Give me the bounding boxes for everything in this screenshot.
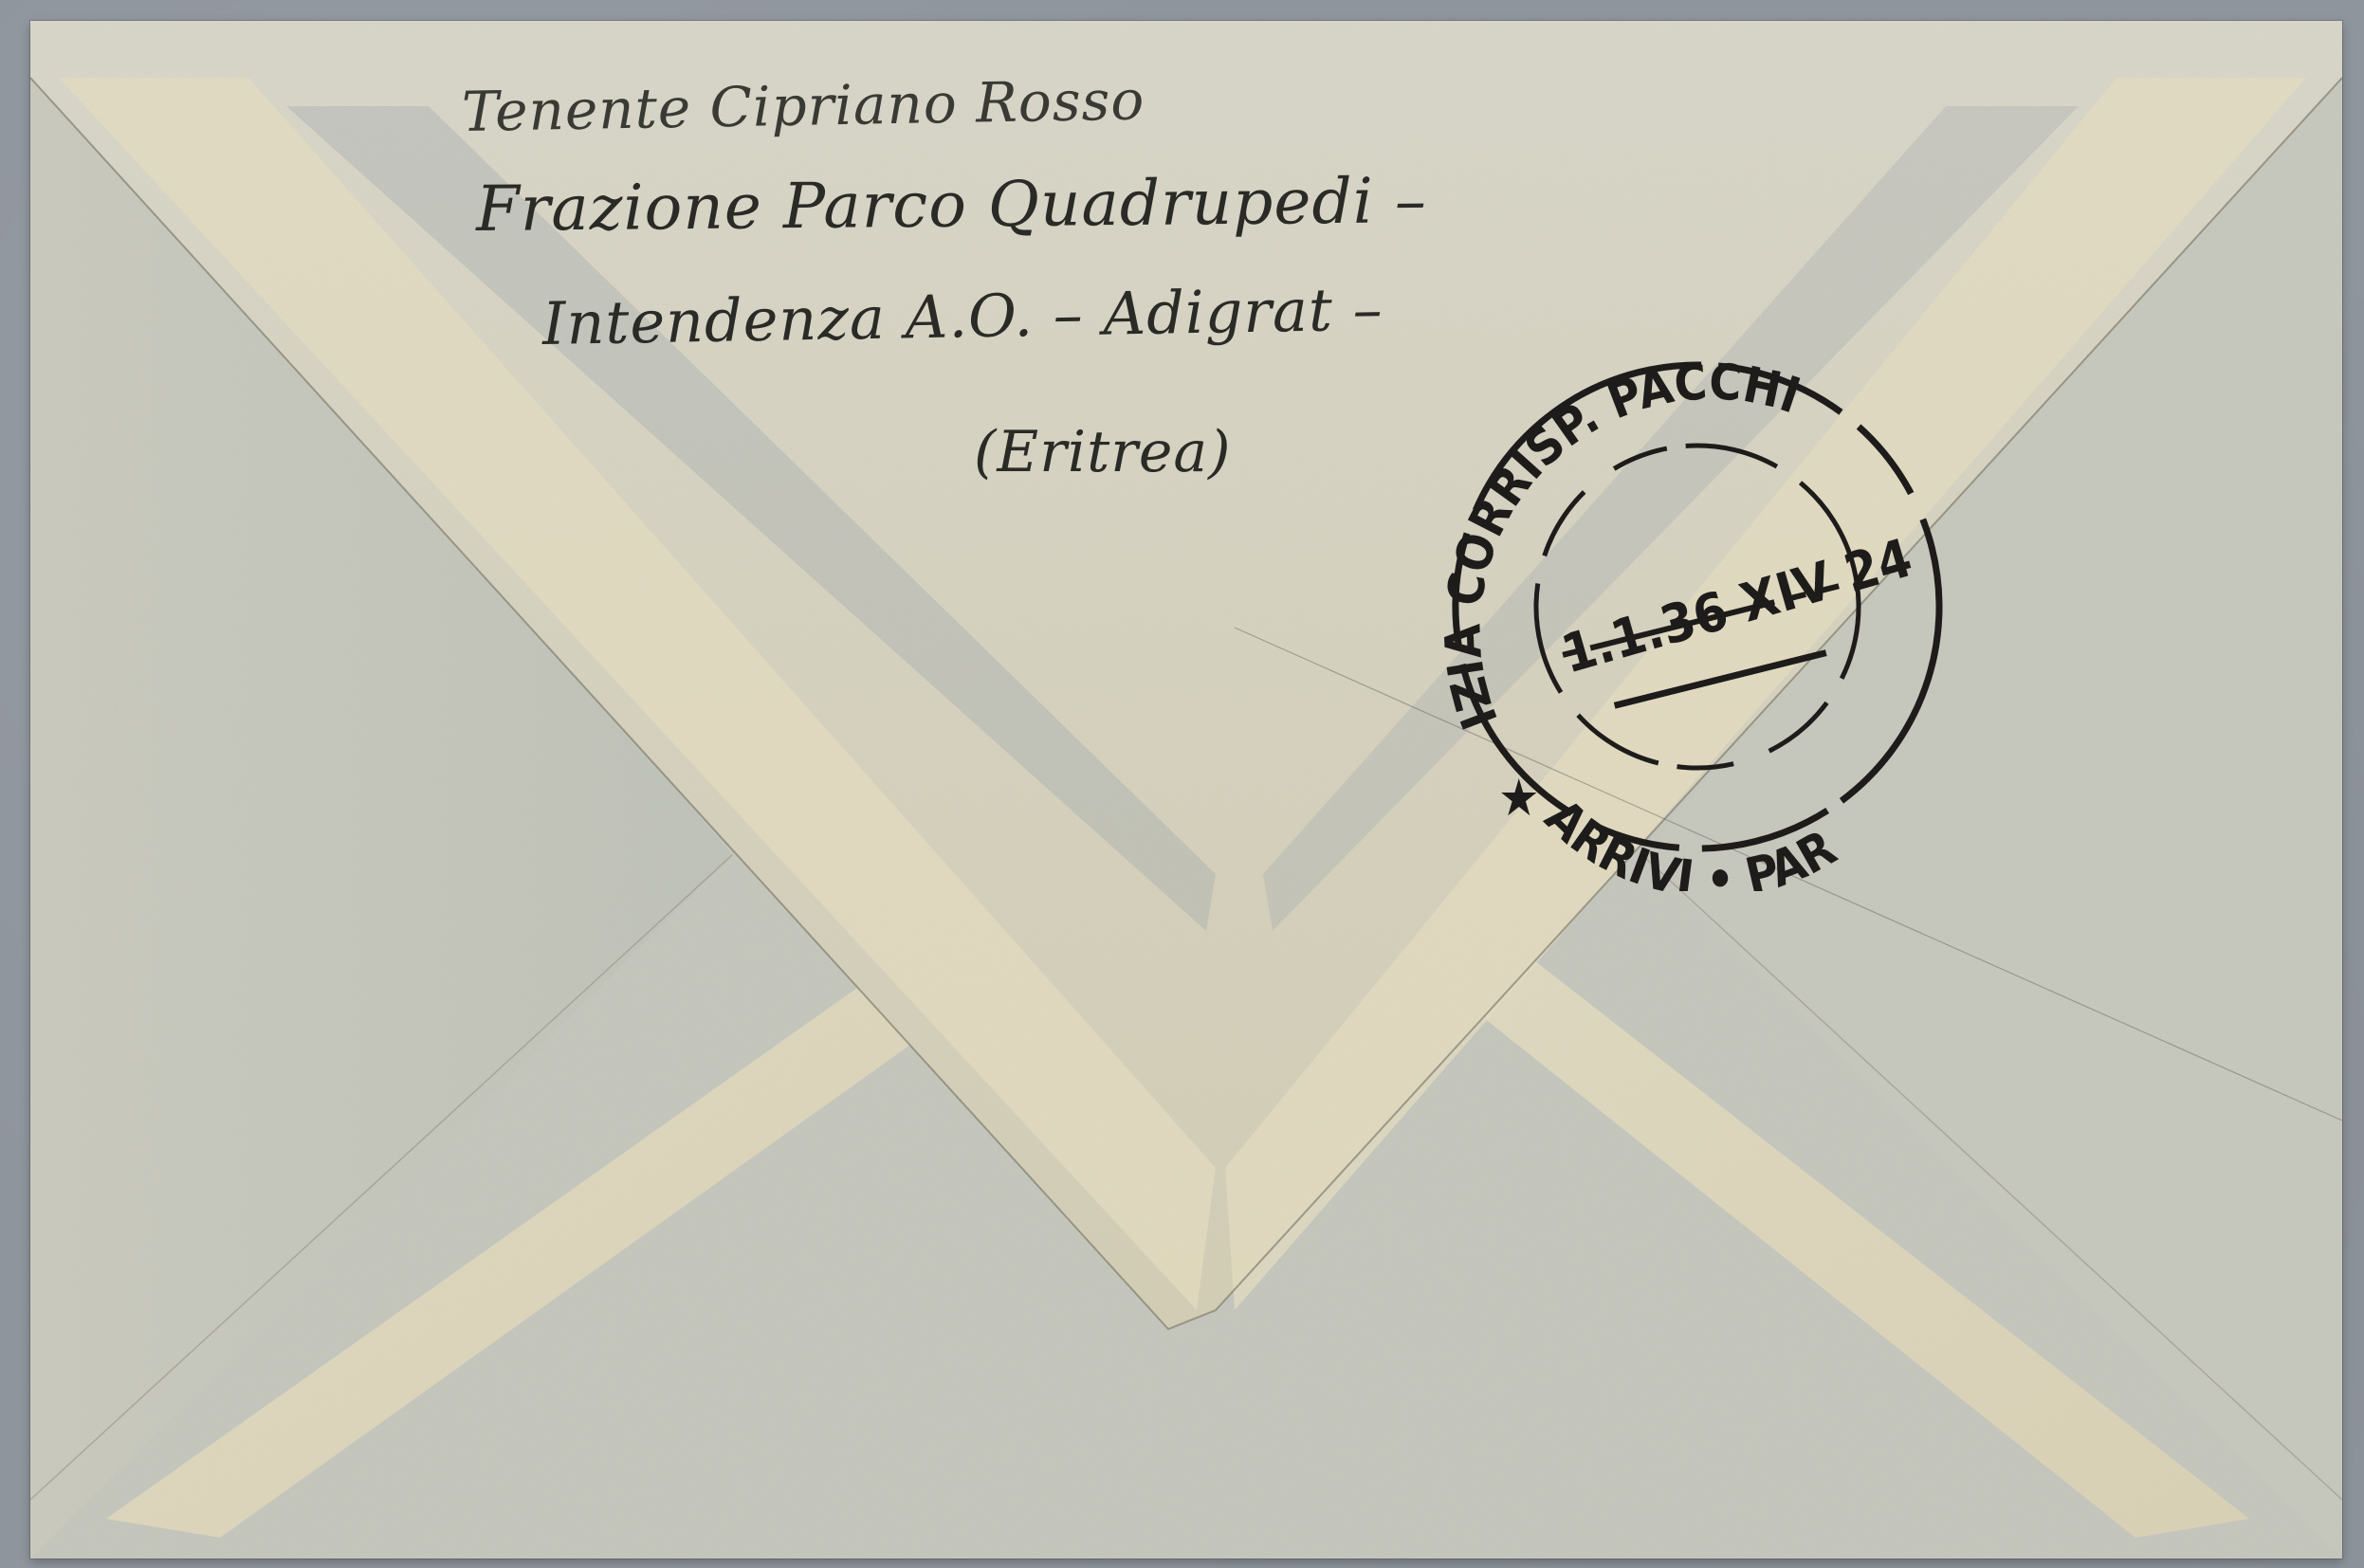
- sender-location: Intendenza A.O. – Adigrat –: [541, 275, 1384, 358]
- circular-postmark-icon: IZIA CORRISP. PACCHI ARRIVI • PAR ★ 1.1.…: [1394, 322, 2001, 891]
- star-icon: ★: [1498, 768, 1540, 828]
- postmark-graphic: IZIA CORRISP. PACCHI ARRIVI • PAR ★ 1.1.…: [1394, 322, 2001, 891]
- sender-name: Tenente Cipriano Rosso: [461, 67, 1145, 144]
- postmark-bottom-text: ARRIVI • PAR: [1534, 789, 1846, 891]
- postmark-top-text: IZIA CORRISP. PACCHI: [1435, 354, 1806, 737]
- sender-unit: Frazione Parco Quadrupedi –: [476, 164, 1427, 246]
- sender-country: (Eritrea): [974, 419, 1232, 485]
- postmark-date: 1.1.36 XIV 24: [1555, 527, 1918, 685]
